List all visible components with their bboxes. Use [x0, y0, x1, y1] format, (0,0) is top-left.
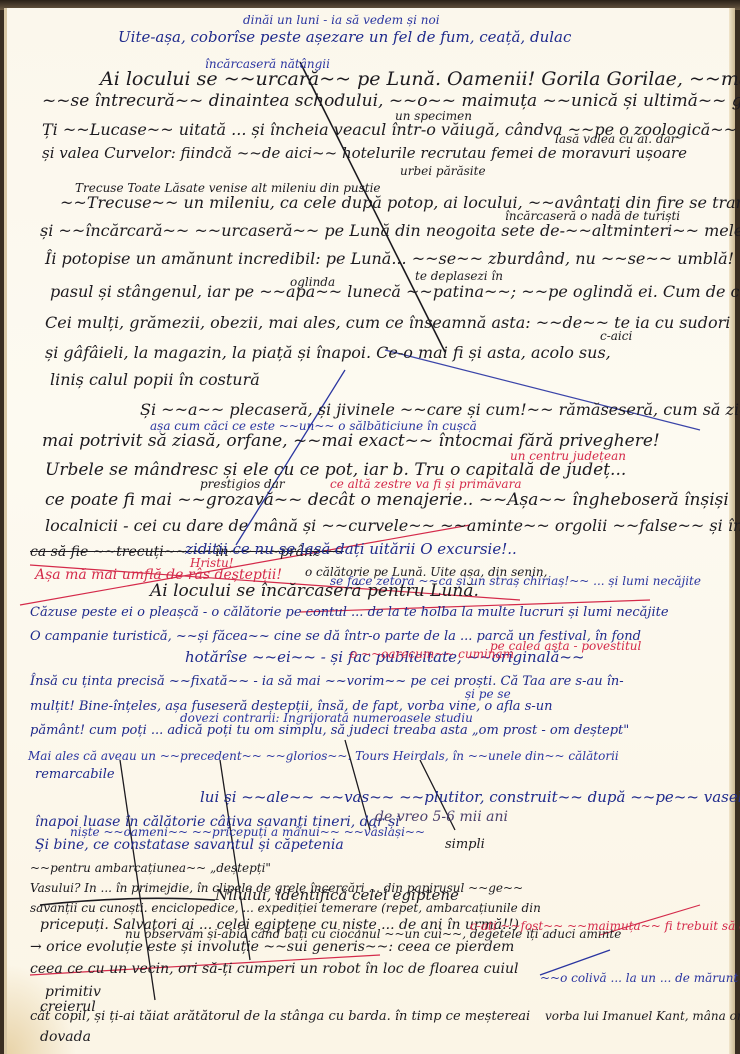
text-line: o ~~oarecum~~ cuminam [350, 648, 514, 660]
text-line: dinăi un luni - ia să vedem și noi [243, 14, 440, 26]
text-line: Și ~~a~~ plecaseră, și jivinele ~~care ș… [140, 402, 740, 418]
text-line: ce altă zestre va fi și primăvara [330, 478, 521, 490]
text-line: ce poate fi mai ~~grozavă~~ decât o mena… [45, 492, 729, 509]
text-line: Îi potopise un amănunt incredibil: pe Lu… [45, 251, 740, 267]
text-line: și valea Curvelor: fiindcă ~~de aici~~ h… [42, 146, 687, 161]
text-line: prestigios dar [200, 478, 285, 490]
text-line: primitiv [45, 985, 101, 999]
text-line: remarcabile [35, 768, 115, 781]
text-line: lui și ~~ale~~ ~~vas~~ ~~plutitor, const… [200, 790, 740, 805]
text-line: Și bine, ce constatase savantul și căpet… [35, 838, 344, 852]
text-line: Hristu! [190, 557, 234, 569]
text-line: ~~se întrecură~~ dinaintea schodului, ~~… [42, 93, 740, 110]
text-line: oglinda [290, 276, 335, 288]
text-line: Însă cu ținta precisă ~~fixată~~ - ia să… [30, 675, 624, 688]
text-line: și pe se [465, 688, 511, 700]
text-line: niște ~~oameni~~ ~~pricepuți a mânui~~ ~… [70, 826, 425, 838]
text-line: ~~o colivă ... la un ... de mărunt în ..… [540, 972, 740, 984]
text-line: c-ați ~~fost~~ ~~maimuța~~ fi trebuit să… [470, 920, 740, 932]
text-line: Ai locului se ~~urcară~~ pe Lună. Oameni… [100, 70, 740, 89]
text-line: vorba lui Imanuel Kant, mâna omului nu-i… [545, 1010, 740, 1022]
text-line: dovezi contrarii: Ingrijorată numeroasel… [180, 712, 473, 724]
text-line: ziditii ce nu se lasă dați uitării O exc… [185, 542, 517, 557]
text-line: simpli [445, 838, 485, 851]
text-line: și gâfâieli, la magazin, la piață și îna… [45, 345, 611, 361]
text-line: Nilului, identifică celei egiptene [215, 888, 459, 903]
text-line: cât copil, și ți-ai tăiat arătătorul de … [30, 1010, 530, 1023]
text-line: c-aici [600, 330, 632, 342]
text-line: ~~pentru ambarcațiunea~~ „deștepți" [30, 862, 271, 874]
text-line: pasul și stângenul, iar pe ~~apa~~ lunec… [50, 284, 740, 300]
text-line: Așa mă mai umflă de râs deștepții! [35, 568, 282, 582]
text-line: se face zetora ~~ca și un straș chiriaș!… [330, 575, 701, 587]
text-line: localnicii - cei cu dare de mână și ~~cu… [45, 518, 740, 534]
text-line: lasă valea cu ai. dar [555, 133, 676, 145]
text-line: urbei părăsite [400, 165, 486, 177]
text-line: liniș calul popii în costură [50, 372, 260, 388]
text-line: Uite-așa, coborîse peste așezare un fel … [118, 30, 571, 45]
text-line: Mai ales că aveau un ~~precedent~~ ~~glo… [28, 750, 619, 762]
text-line: de vreo 5-6 mii ani [375, 810, 508, 824]
text-line: → orice evoluție este și involuție ~~sui… [30, 940, 514, 954]
text-line: ceea ce cu un vecin, ori să-ți cumperi u… [30, 962, 519, 976]
text-line: și ~~încărcară~~ ~~urcaseră~~ pe Lună di… [40, 223, 740, 239]
text-line: mai potrivit să ziasă, orfane, ~~mai exa… [42, 433, 660, 450]
text-line: creierul [40, 1000, 96, 1014]
text-line: pământ! cum poți ... adică poți tu om si… [30, 724, 629, 737]
text-line: te deplasezi în [415, 270, 503, 282]
text-line: Căzuse peste ei o pleașcă - o călătorie … [30, 606, 669, 619]
text-line: dovada [40, 1030, 91, 1044]
